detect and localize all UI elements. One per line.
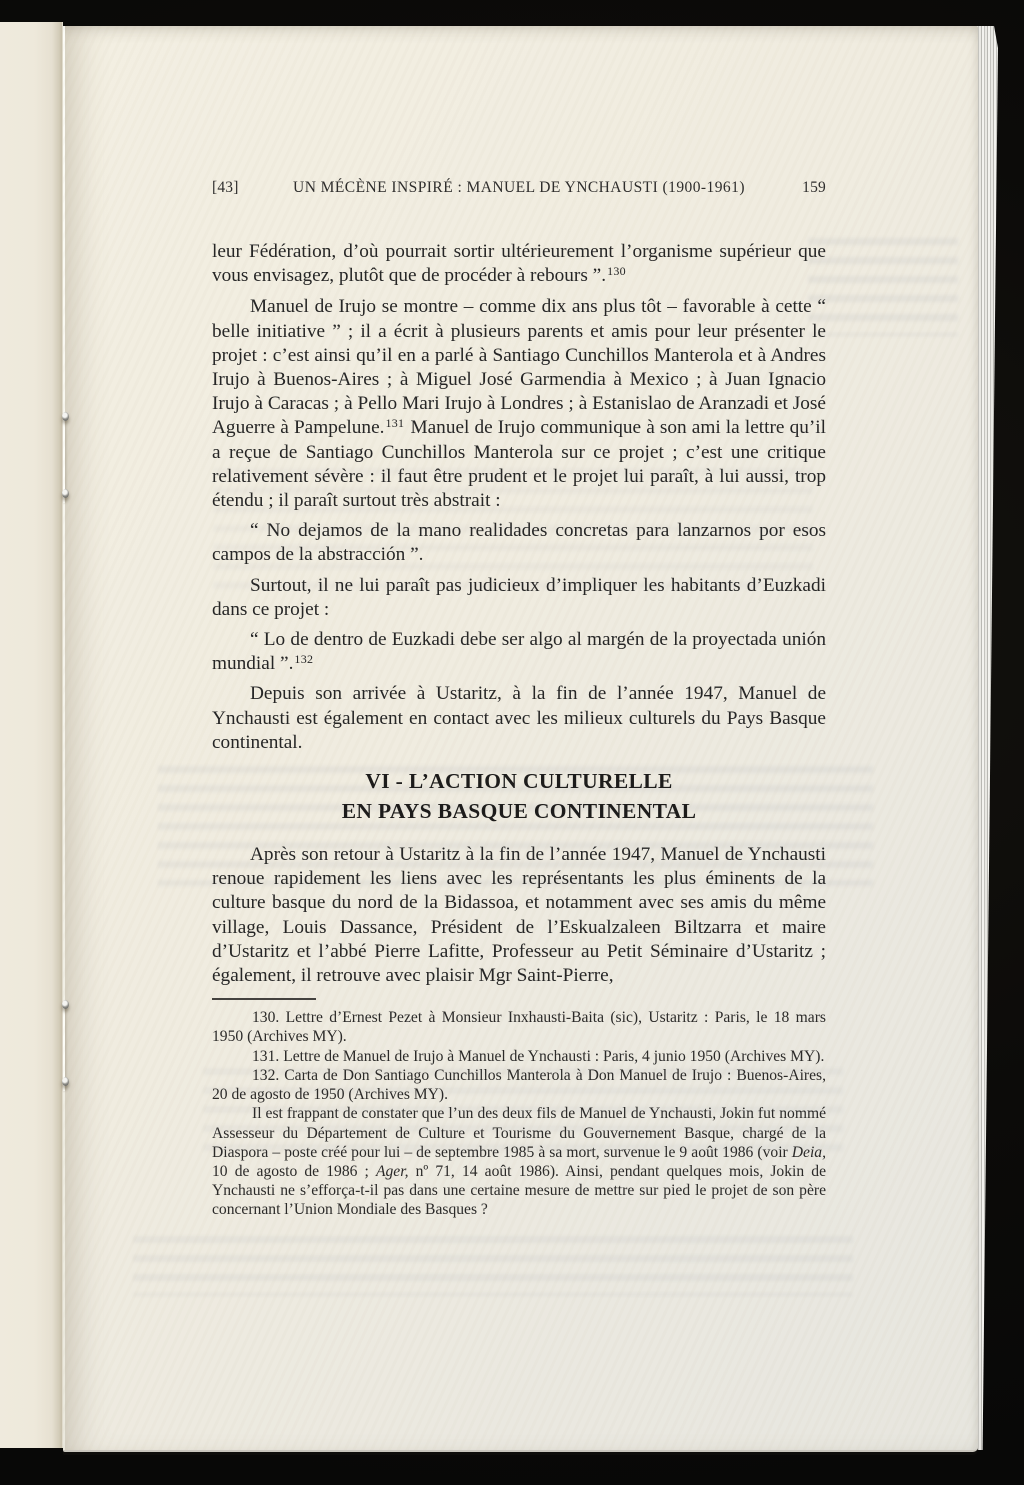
section-heading-line1: VI - L’ACTION CULTURELLE — [212, 766, 826, 796]
binding-stitch — [62, 1000, 69, 1009]
page-number: 159 — [754, 178, 826, 198]
paragraph: Depuis son arrivée à Ustaritz, à la fin … — [212, 682, 826, 755]
margin-folio: [43] — [212, 178, 284, 198]
section-heading-line2: EN PAYS BASQUE CONTINENTAL — [212, 796, 826, 826]
paragraph: Manuel de Irujo se montre – comme dix an… — [212, 295, 826, 513]
footnote-separator-rule — [212, 998, 316, 1000]
paragraph-continuation: leur Fédération, d’où pourrait sortir ul… — [212, 240, 826, 288]
page-sheet: [43] UN MÉCÈNE INSPIRÉ : MANUEL DE YNCHA… — [63, 26, 978, 1452]
book-photo: [43] UN MÉCÈNE INSPIRÉ : MANUEL DE YNCHA… — [0, 0, 1024, 1485]
binding-stitch — [62, 412, 69, 421]
footnote-132: 132. Carta de Don Santiago Cunchillos Ma… — [212, 1066, 826, 1104]
facing-page-sliver — [0, 22, 63, 1448]
footnote-reference: 132 — [293, 652, 314, 666]
running-title: UN MÉCÈNE INSPIRÉ : MANUEL DE YNCHAUSTI … — [284, 178, 754, 198]
fore-edge-page-stack — [976, 26, 998, 1450]
journal-title: Ager, — [376, 1163, 408, 1180]
section-heading: VI - L’ACTION CULTURELLE EN PAYS BASQUE … — [212, 766, 826, 826]
block-quote: “ No dejamos de la mano realidades concr… — [212, 519, 826, 567]
paragraph: Après son retour à Ustaritz à la fin de … — [212, 843, 826, 988]
footnote-131: 131. Lettre de Manuel de Irujo à Manuel … — [212, 1047, 826, 1066]
body-text: leur Fédération, d’où pourrait sortir ul… — [212, 240, 826, 1220]
binding-stitch — [62, 1077, 69, 1086]
footnote-130: 130. Lettre d’Ernest Pezet à Monsieur In… — [212, 1008, 826, 1046]
book-page: [43] UN MÉCÈNE INSPIRÉ : MANUEL DE YNCHA… — [63, 26, 998, 1450]
running-header: [43] UN MÉCÈNE INSPIRÉ : MANUEL DE YNCHA… — [212, 178, 826, 198]
page-content: [43] UN MÉCÈNE INSPIRÉ : MANUEL DE YNCHA… — [212, 26, 826, 1220]
bleed-through — [808, 226, 958, 336]
binding-stitch — [62, 489, 69, 498]
footnote-commentary: Il est frappant de constater que l’un de… — [212, 1104, 826, 1219]
footnote-reference: 130 — [606, 264, 627, 278]
block-quote: “ Lo de dentro de Euzkadi debe ser algo … — [212, 628, 826, 676]
journal-title: Deia, — [792, 1144, 826, 1161]
paragraph: Surtout, il ne lui paraît pas judicieux … — [212, 574, 826, 622]
footnotes: 130. Lettre d’Ernest Pezet à Monsieur In… — [212, 1008, 826, 1219]
bleed-through — [133, 1224, 853, 1296]
footnote-reference: 131 — [384, 416, 405, 430]
